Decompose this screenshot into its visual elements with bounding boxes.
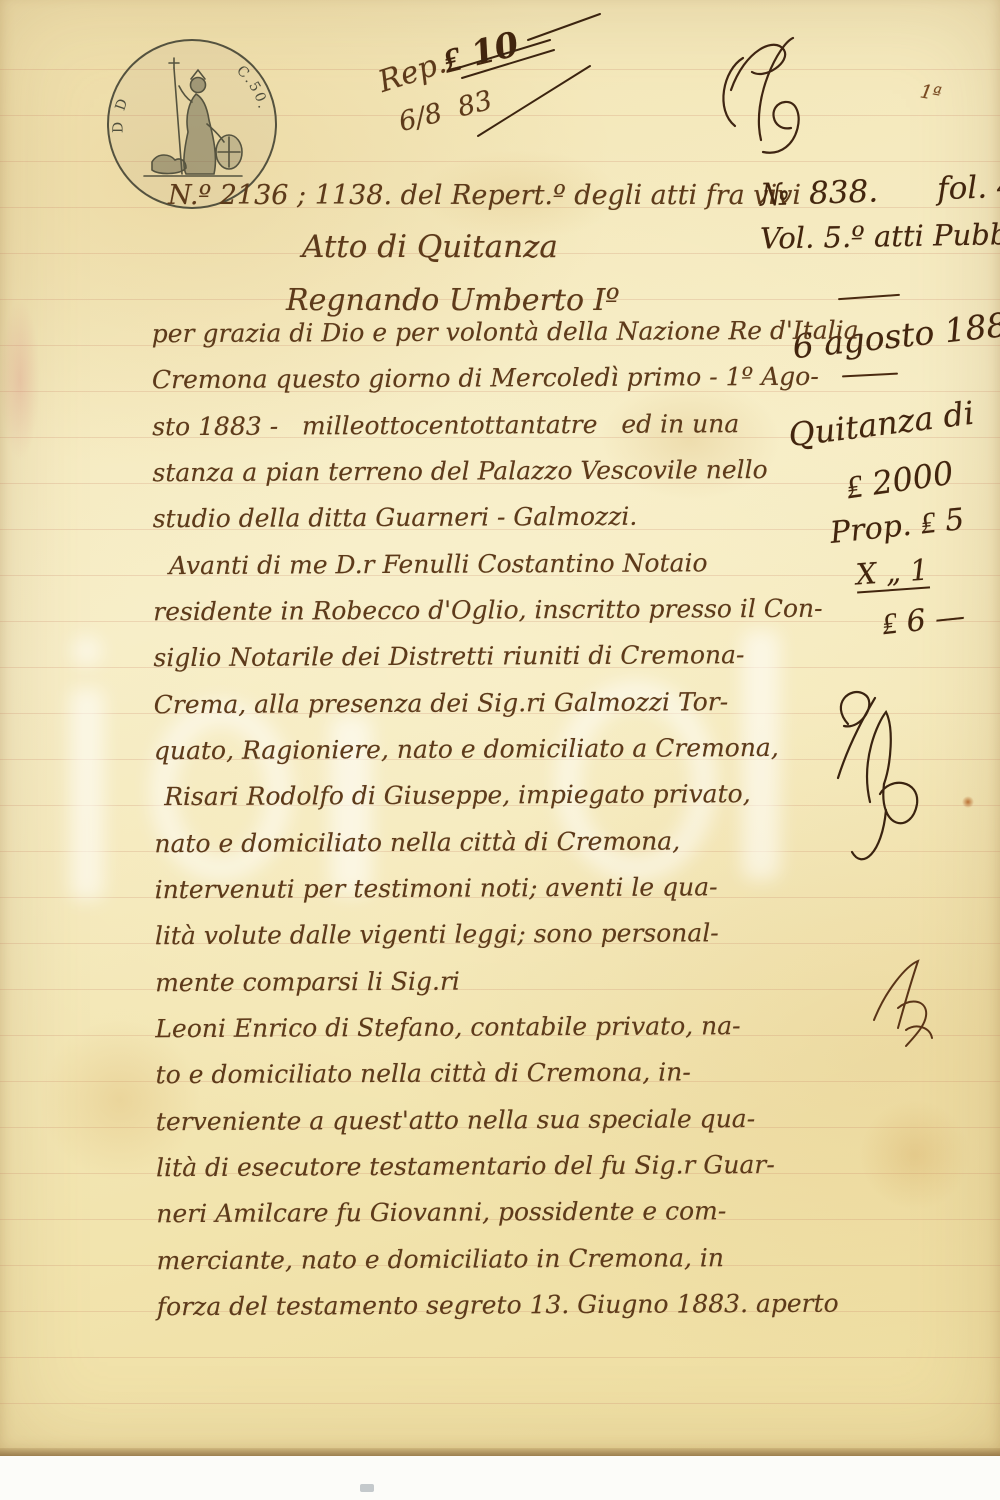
total-line: ₤ 6 —: [881, 602, 967, 641]
manuscript-page: D D C.50. Rep. ₤ 10 6/8 83: [0, 0, 1000, 1456]
paper-edge: [0, 1448, 1000, 1456]
signature-flourish: [820, 682, 935, 917]
scan-background: [0, 1456, 1000, 1500]
scan-artifact: [360, 1484, 374, 1492]
body-line: Avanti di me D.r Fenulli Costantino Nota…: [169, 550, 708, 578]
body-line: merciante, nato e domiciliato in Cremona…: [157, 1245, 724, 1273]
stain: [860, 1100, 970, 1210]
body-line: sto 1883 - milleottocentottantatre ed in…: [152, 411, 739, 439]
watermark-blob: [70, 688, 104, 900]
body-line: residente in Robecco d'Oglio, inscritto …: [153, 596, 822, 625]
body-line: stanza a pian terreno del Palazzo Vescov…: [152, 457, 767, 485]
deed-title: Atto di Quitanza: [302, 232, 558, 263]
body-line: terveniente a quest'atto nella sua speci…: [156, 1106, 755, 1134]
body-line: Risari Rodolfo di Giuseppe, impiegato pr…: [164, 781, 751, 809]
body-line: Leoni Enrico di Stefano, contabile priva…: [155, 1013, 740, 1041]
body-line: quato, Ragioniere, nato e domiciliato a …: [154, 735, 779, 763]
body-line: Cremona questo giorno di Mercoledì primo…: [152, 364, 819, 392]
act-number-line: № 838. fol. 4: [760, 172, 1000, 212]
stain: [962, 796, 974, 808]
quitanza-label: Quitanza di: [787, 397, 976, 451]
ink-dash: [842, 373, 898, 378]
paraph-flourish: [858, 948, 953, 1053]
page-mark: 1ª: [919, 82, 943, 104]
body-line: nato e domiciliato nella città di Cremon…: [154, 828, 680, 856]
consignment-flourish: [705, 28, 830, 163]
ink-dash: [838, 294, 900, 300]
body-line: neri Amilcare fu Giovanni, possidente e …: [156, 1198, 726, 1226]
x-line: X „ 1: [855, 556, 930, 594]
prop-line: Prop. ₤ 5: [829, 505, 966, 549]
stain: [0, 300, 40, 460]
body-line: to e domiciliato nella città di Cremona,…: [156, 1059, 691, 1087]
body-line: Crema, alla presenza dei Sig.ri Galmozzi…: [154, 689, 729, 717]
body-line: intervenuti per testimoni noti; aventi l…: [155, 874, 718, 902]
watermark-blob: [72, 636, 102, 666]
scanned-document: D D C.50. Rep. ₤ 10 6/8 83: [0, 0, 1000, 1500]
registry-line: N.º 2136 ; 1138. del Repert.º degli atti…: [168, 182, 801, 209]
body-line: siglio Notarile dei Distretti riuniti di…: [153, 642, 744, 670]
body-line: lità di esecutore testamentario del fu S…: [156, 1152, 775, 1180]
body-line: per grazia di Dio e per volontà della Na…: [152, 318, 859, 347]
volume-line: Vol. 5.º atti Pubblici: [760, 219, 1000, 253]
body-line: forza del testamento segreto 13. Giugno …: [157, 1291, 839, 1320]
deed-subtitle: Regnando Umberto Iº: [286, 286, 620, 316]
body-line: lità volute dalle vigenti leggi; sono pe…: [155, 920, 719, 948]
amount-line: ₤ 2000: [844, 457, 955, 504]
body-line: studio della ditta Guarneri - Galmozzi.: [153, 504, 638, 532]
rep-pen-strokes: [400, 8, 620, 158]
body-line: mente comparsi li Sig.ri: [155, 969, 460, 996]
